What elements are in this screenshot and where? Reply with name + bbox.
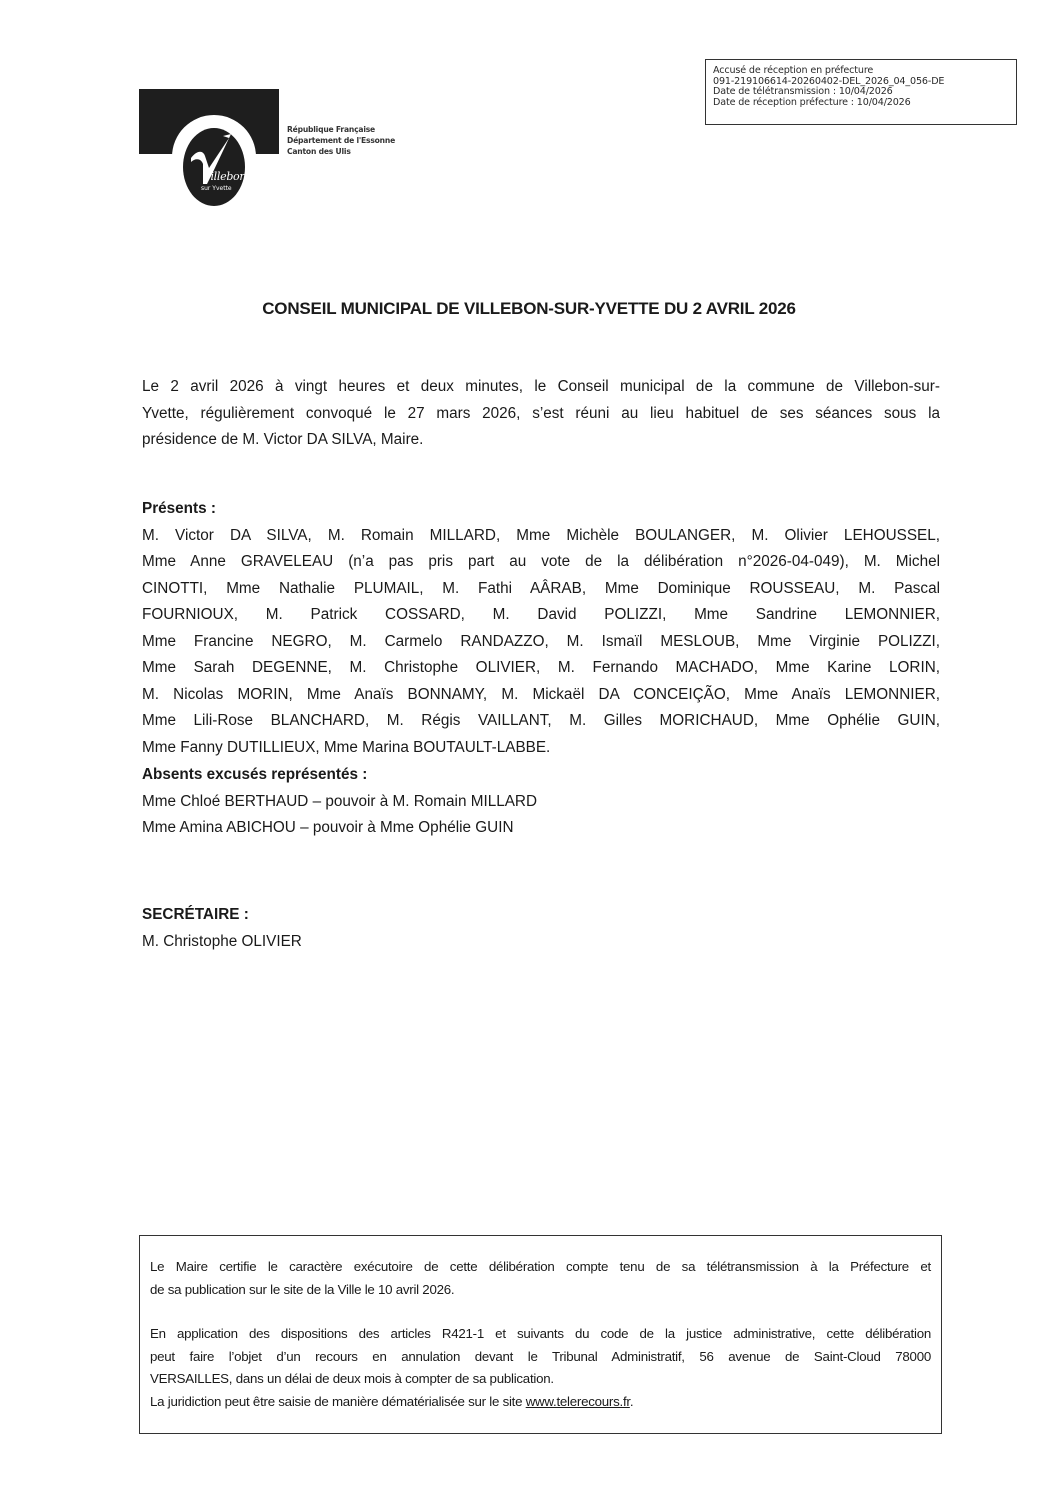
absents-section: Absents excusés représentés : Mme Chloé …	[142, 762, 940, 842]
receipt-line-title: Accusé de réception en préfecture	[713, 66, 1016, 77]
presents-line: Mme Anne GRAVELEAU (n’a pas pris part au…	[142, 549, 940, 576]
notice-online-text: La juridiction peut être saisie de maniè…	[150, 1394, 526, 1409]
notice-online-appeal: La juridiction peut être saisie de maniè…	[150, 1391, 931, 1414]
villebon-logo-icon: Villebon sur Yvette	[183, 128, 245, 206]
notice-appeal: En application des dispositions des arti…	[150, 1323, 931, 1391]
logo-subname: sur Yvette	[201, 185, 232, 192]
intro-line: Le 2 avril 2026 à vingt heures et deux m…	[142, 374, 940, 401]
intro-line: présidence de M. Victor DA SILVA, Maire.	[142, 427, 940, 454]
notice-online-suffix: .	[630, 1394, 633, 1409]
admin-canton: Canton des Ulis	[287, 146, 395, 157]
presents-line: Mme Lili-Rose BLANCHARD, M. Régis VAILLA…	[142, 708, 940, 735]
villebon-logo: Villebon sur Yvette	[139, 89, 279, 209]
presents-line: CINOTTI, Mme Nathalie PLUMAIL, M. Fathi …	[142, 576, 940, 603]
notice-line: Le Maire certifie le caractère exécutoir…	[150, 1256, 931, 1279]
presents-line: M. Nicolas MORIN, Mme Anaïs BONNAMY, M. …	[142, 682, 940, 709]
intro-paragraph: Le 2 avril 2026 à vingt heures et deux m…	[142, 374, 940, 454]
notice-line: En application des dispositions des arti…	[150, 1323, 931, 1346]
telerecours-link[interactable]: www.telerecours.fr	[526, 1394, 630, 1409]
heron-bird-icon	[183, 128, 245, 206]
intro-line: Yvette, régulièrement convoqué le 27 mar…	[142, 401, 940, 428]
logo-name: Villebon	[203, 170, 245, 183]
admin-department: Département de l'Essonne	[287, 135, 395, 146]
presents-line: M. Victor DA SILVA, M. Romain MILLARD, M…	[142, 523, 940, 550]
absents-heading: Absents excusés représentés :	[142, 762, 940, 789]
absent-item: Mme Amina ABICHOU – pouvoir à Mme Ophéli…	[142, 815, 940, 842]
presents-line: Mme Sarah DEGENNE, M. Christophe OLIVIER…	[142, 655, 940, 682]
presents-line: FOURNIOUX, M. Patrick COSSARD, M. David …	[142, 602, 940, 629]
secretary-section: SECRÉTAIRE : M. Christophe OLIVIER	[142, 902, 940, 955]
admin-republic: République Française	[287, 124, 395, 135]
document-title: CONSEIL MUNICIPAL DE VILLEBON-SUR-YVETTE…	[0, 299, 1058, 319]
secretary-name: M. Christophe OLIVIER	[142, 929, 940, 956]
notice-line: peut faire l’objet d’un recours en annul…	[150, 1346, 931, 1369]
notice-certification: Le Maire certifie le caractère exécutoir…	[150, 1256, 931, 1301]
presents-section: Présents : M. Victor DA SILVA, M. Romain…	[142, 496, 940, 761]
prefecture-receipt-stamp: Accusé de réception en préfecture 091-21…	[705, 59, 1017, 125]
presents-line: Mme Fanny DUTILLIEUX, Mme Marina BOUTAUL…	[142, 735, 940, 762]
notice-line: de sa publication sur le site de la Vill…	[150, 1279, 931, 1302]
presents-heading: Présents :	[142, 496, 940, 523]
receipt-line-reception-date: Date de réception préfecture : 10/04/202…	[713, 98, 1016, 109]
secretary-heading: SECRÉTAIRE :	[142, 902, 940, 929]
administrative-header: République Française Département de l'Es…	[287, 124, 395, 157]
notice-line: VERSAILLES, dans un délai de deux mois à…	[150, 1368, 931, 1391]
absent-item: Mme Chloé BERTHAUD – pouvoir à M. Romain…	[142, 789, 940, 816]
presents-line: Mme Francine NEGRO, M. Carmelo RANDAZZO,…	[142, 629, 940, 656]
legal-notice-box: Le Maire certifie le caractère exécutoir…	[139, 1235, 942, 1434]
